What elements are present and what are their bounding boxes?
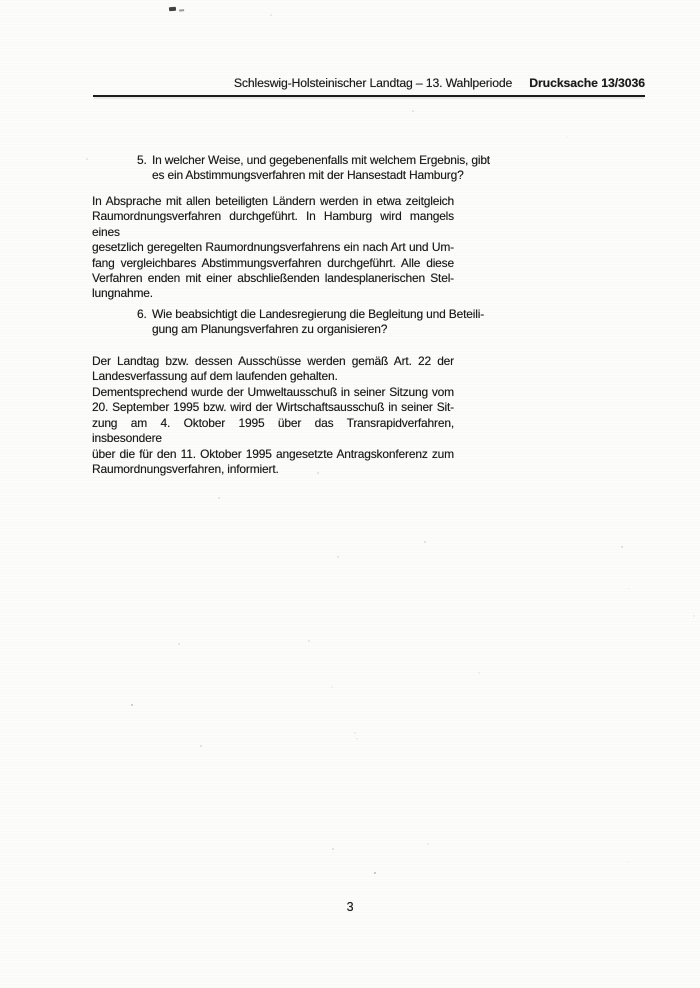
page-header: Schleswig-Holsteinischer Landtag – 13. W… bbox=[234, 76, 645, 91]
document-page: Schleswig-Holsteinischer Landtag – 13. W… bbox=[0, 0, 700, 988]
header-doc-number: Drucksache 13/3036 bbox=[529, 76, 645, 91]
text-line: über die für den 11. Oktober 1995 angese… bbox=[92, 447, 454, 462]
text-line: Der Landtag bzw. dessen Ausschüsse werde… bbox=[92, 354, 454, 369]
scan-noise-dots bbox=[0, 0, 2, 2]
question-6-text: Wie beabsichtigt die Landesregierung die… bbox=[152, 307, 477, 338]
question-5-number: 5. bbox=[137, 153, 147, 168]
answer-paragraph-1: In Absprache mit allen beteiligten Lände… bbox=[92, 194, 454, 302]
text-line: gung am Planungsverfahren zu organisiere… bbox=[152, 322, 477, 337]
text-line: Landesverfassung auf dem laufenden gehal… bbox=[92, 369, 454, 384]
header-title: Schleswig-Holsteinischer Landtag – 13. W… bbox=[234, 76, 512, 91]
text-line: 20. September 1995 bzw. wird der Wirtsch… bbox=[92, 400, 454, 415]
text-line: Wie beabsichtigt die Landesregierung die… bbox=[152, 307, 477, 322]
text-line: Dementsprechend wurde der Umweltausschuß… bbox=[92, 385, 454, 400]
text-line: Verfahren enden mit einer abschließenden… bbox=[92, 271, 454, 286]
answer-paragraph-2: Der Landtag bzw. dessen Ausschüsse werde… bbox=[92, 354, 454, 385]
text-line: zung am 4. Oktober 1995 über das Transra… bbox=[92, 416, 454, 447]
text-line: gesetzlich geregelten Raumordnungsverfah… bbox=[92, 240, 454, 255]
text-line: In Absprache mit allen beteiligten Lände… bbox=[92, 194, 454, 209]
answer-paragraph-3: Dementsprechend wurde der Umweltausschuß… bbox=[92, 385, 454, 477]
scan-smudge bbox=[169, 7, 176, 11]
question-6-number: 6. bbox=[137, 307, 147, 322]
text-line: lungnahme. bbox=[92, 286, 454, 301]
text-line: Raumordnungsverfahren, informiert. bbox=[92, 462, 454, 477]
text-line: es ein Abstimmungsverfahren mit der Hans… bbox=[152, 168, 477, 183]
text-line: Raumordnungsverfahren durchgeführt. In H… bbox=[92, 209, 454, 240]
question-5: 5. In welcher Weise, und gegebenenfalls … bbox=[137, 153, 477, 184]
text-line: fang vergleichbares Abstimmungsverfahren… bbox=[92, 256, 454, 271]
header-rule bbox=[93, 95, 645, 97]
text-line: In welcher Weise, und gegebenenfalls mit… bbox=[152, 153, 477, 168]
question-6: 6. Wie beabsichtigt die Landesregierung … bbox=[137, 307, 477, 338]
page-number: 3 bbox=[0, 900, 700, 915]
question-5-text: In welcher Weise, und gegebenenfalls mit… bbox=[152, 153, 477, 184]
